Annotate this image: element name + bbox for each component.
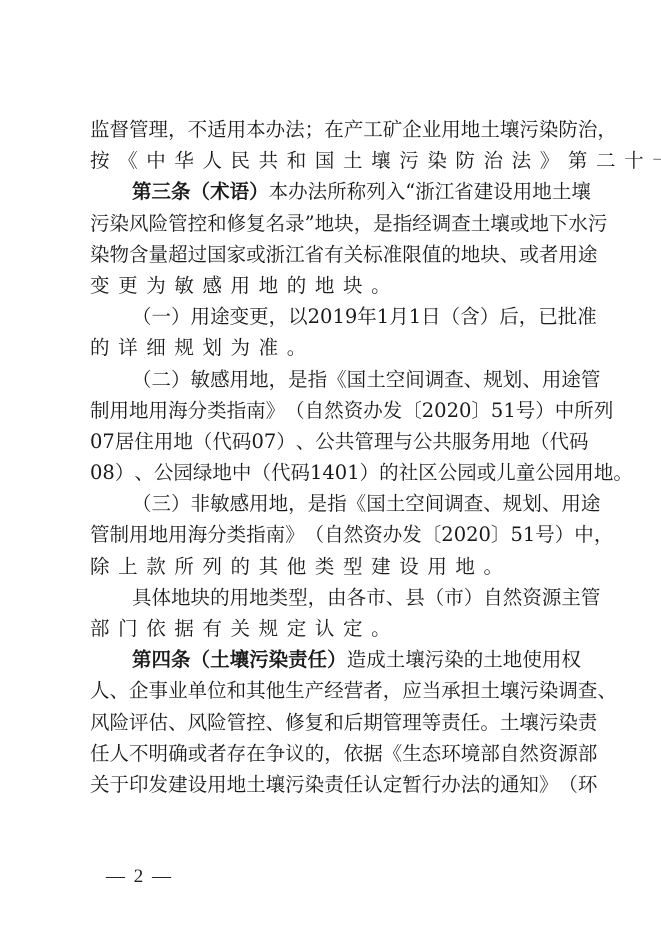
text-char: 》 (540, 145, 560, 176)
text-char: 除 (90, 551, 110, 582)
text-char: 染 (539, 675, 559, 706)
text-char: 地 (503, 644, 523, 675)
text-char: 列 (366, 176, 386, 207)
text-char: 、 (542, 488, 562, 519)
text-char: 据 (174, 613, 194, 644)
text-char: 住 (134, 426, 154, 457)
text-char: 染 (305, 769, 325, 800)
text-char: 担 (461, 675, 481, 706)
text-char: 地 (249, 582, 269, 613)
text-char: 、 (464, 364, 484, 395)
text-char: 地 (227, 769, 247, 800)
article-heading-char: 三 (152, 176, 172, 207)
text-char: ， (594, 519, 614, 550)
text-char: 含 (460, 301, 480, 332)
text-char: 土 (471, 208, 491, 239)
text-char: 土 (246, 769, 266, 800)
text-char: 土 (386, 488, 406, 519)
text-char: 源 (542, 582, 562, 613)
text-line: 风险评估、风险管控、修复和后期管理等责任。土壤污染责 (90, 707, 564, 738)
text-char: 公 (315, 426, 335, 457)
text-char: ； (305, 114, 325, 145)
text-char: 土 (366, 364, 386, 395)
text-char: 发 (402, 519, 422, 550)
text-char: 治 (578, 114, 598, 145)
text-char: 二 (596, 145, 616, 176)
text-char: 分 (207, 519, 227, 550)
text-char: 用 (230, 364, 250, 395)
text-char: 办 (383, 519, 403, 550)
text-char: 资 (363, 519, 383, 550)
text-char: 地 (249, 364, 269, 395)
text-char: 任 (461, 707, 481, 738)
text-char: 物 (110, 239, 130, 270)
article-heading-char: 责 (288, 644, 308, 675)
text-char: 块 (191, 582, 211, 613)
text-char: 为 (146, 270, 166, 301)
text-char: 工 (363, 114, 383, 145)
text-line: 监督管理，不适用本办法；在产工矿企业用地土壤污染防治， (90, 114, 564, 145)
text-char: 款 (146, 551, 166, 582)
document-page: 监督管理，不适用本办法；在产工矿企业用地土壤污染防治，按《中华人民共和国土壤污染… (0, 0, 661, 935)
text-char: 称 (347, 176, 367, 207)
text-char: 险 (110, 707, 130, 738)
text-char: 公 (413, 426, 433, 457)
text-char: （ (425, 582, 445, 613)
article-heading-char: 四 (152, 644, 172, 675)
text-char: 童 (516, 457, 536, 488)
article-heading-char: 语 (230, 176, 250, 207)
text-char: 壤 (500, 675, 520, 706)
text-char: 。 (371, 270, 391, 301)
text-char: 矿 (383, 114, 403, 145)
text-char: 十 (624, 145, 644, 176)
text-char: 调 (425, 364, 445, 395)
article-heading-char: 壤 (230, 644, 250, 675)
text-char: 管 (383, 707, 403, 738)
text-char: 》 (539, 769, 559, 800)
text-char: 污 (519, 675, 539, 706)
text-char: 管 (129, 114, 149, 145)
text-char: 》 (285, 519, 305, 550)
text-char: 制 (110, 519, 130, 550)
text-char: 等 (422, 707, 442, 738)
text-char: 地 (259, 270, 279, 301)
text-char: ， (168, 114, 188, 145)
text-char: 营 (344, 675, 364, 706)
text-char: 查 (444, 364, 464, 395)
text-char: 理 (402, 707, 422, 738)
text-char: 自 (324, 519, 344, 550)
text-char: 08 (90, 457, 115, 488)
text-line: 任人不明确或者存在争议的，依据《生态环境部自然资源部 (90, 738, 564, 769)
article-heading-char: 第 (132, 176, 152, 207)
text-char: 业 (168, 675, 188, 706)
text-char: 办 (266, 114, 286, 145)
text-char: 理 (374, 426, 394, 457)
text-char: 管 (581, 582, 601, 613)
text-char: 地 (315, 270, 335, 301)
text-char: 管 (581, 364, 601, 395)
text-char: 关 (90, 769, 110, 800)
text-char: 在 (324, 114, 344, 145)
text-char: ） (115, 457, 135, 488)
text-char: 或 (510, 208, 530, 239)
text-char: 依 (344, 738, 364, 769)
text-char: 用 (168, 519, 188, 550)
text-char: 承 (441, 675, 461, 706)
text-char: 本 (269, 176, 289, 207)
text-char: 非 (191, 488, 211, 519)
text-char: 风 (188, 707, 208, 738)
text-char: 土 (386, 644, 406, 675)
text-char: 以 (288, 301, 308, 332)
text-char: 修 (285, 707, 305, 738)
text-char: 指 (327, 488, 347, 519)
text-char: 用 (542, 644, 562, 675)
text-char: 位 (207, 675, 227, 706)
text-char: 用 (561, 488, 581, 519)
text-char: 列 (594, 395, 614, 426)
text-char: 。 (480, 707, 500, 738)
text-char: 用 (427, 551, 447, 582)
text-char: 染 (110, 208, 130, 239)
text-char: 2019 (308, 301, 358, 332)
text-char: 复 (246, 208, 266, 239)
text-char: 他 (266, 675, 286, 706)
text-char: 准 (577, 301, 597, 332)
text-char: 管 (227, 707, 247, 738)
text-char: 壤 (500, 114, 520, 145)
text-char: 规 (174, 332, 194, 363)
text-char: 印 (129, 769, 149, 800)
text-char: 中 (574, 519, 594, 550)
text-char: 业 (422, 114, 442, 145)
text-char: 地 (129, 395, 149, 426)
text-char: 修 (227, 208, 247, 239)
text-char: 用 (154, 426, 174, 457)
text-char: 污 (539, 707, 559, 738)
text-char: 生 (285, 675, 305, 706)
text-char: 江 (285, 239, 305, 270)
text-char: 敏 (210, 488, 230, 519)
text-char: 防 (455, 145, 475, 176)
text-char: 壤 (571, 176, 591, 207)
text-char: ， (597, 114, 617, 145)
text-char: 园 (457, 457, 477, 488)
text-char: 地 (173, 426, 193, 457)
text-char: 水 (568, 208, 588, 239)
text-char: 07 (90, 426, 115, 457)
text-char: 资 (539, 738, 559, 769)
text-char: ） (535, 395, 555, 426)
text-char: （ (285, 395, 305, 426)
text-char: 中 (232, 457, 252, 488)
text-char: 知 (519, 769, 539, 800)
text-char: 市 (366, 582, 386, 613)
text-char: 下 (549, 208, 569, 239)
text-char: 中 (555, 395, 575, 426)
text-char: 防 (558, 114, 578, 145)
text-char: 代 (271, 457, 291, 488)
text-char: 调 (432, 208, 452, 239)
text-char: 办 (441, 769, 461, 800)
text-char: 的 (210, 582, 230, 613)
text-char: 用 (542, 364, 562, 395)
text-char: 管 (354, 426, 374, 457)
text-char: （ (305, 519, 325, 550)
text-char: 、 (296, 426, 316, 457)
text-char: 暂 (402, 769, 422, 800)
text-char: 〔 (422, 519, 442, 550)
text-char: 估 (149, 707, 169, 738)
text-char: ， (383, 675, 403, 706)
text-char: 是 (373, 208, 393, 239)
text-char: 经 (324, 675, 344, 706)
text-char: 市 (444, 582, 464, 613)
text-char: 变 (90, 270, 110, 301)
text-char: 的 (305, 738, 325, 769)
text-char: 2020 (422, 395, 472, 426)
text-char: 。 (613, 457, 633, 488)
text-char: 用 (227, 114, 247, 145)
text-char: 按 (90, 145, 110, 176)
text-char: 南 (266, 519, 286, 550)
text-char: 间 (405, 364, 425, 395)
text-char: 造 (347, 644, 367, 675)
text-char: 其 (259, 551, 279, 582)
text-char: 办 (363, 395, 383, 426)
text-char: 规 (503, 488, 523, 519)
text-char: 上 (118, 551, 138, 582)
text-char: 查 (451, 208, 471, 239)
text-char: 地 (461, 239, 481, 270)
text-char: 〕 (491, 519, 511, 550)
text-char: 划 (522, 488, 542, 519)
text-char: 和 (227, 675, 247, 706)
text-char: 与 (393, 426, 413, 457)
text-char: 年 (357, 301, 377, 332)
text-char: 或 (188, 738, 208, 769)
text-char: 《 (118, 145, 138, 176)
text-char: 途 (210, 301, 230, 332)
text-line: 污染风险管控和修复名录”地块，是指经调查土壤或地下水污 (90, 208, 564, 239)
article-heading-char: ） (249, 176, 269, 207)
text-char: 51 (491, 395, 516, 426)
text-char: 海 (168, 395, 188, 426)
text-char: ， (269, 301, 289, 332)
text-char: 51 (510, 519, 535, 550)
text-line: （二）敏感用地，是指《国土空间调查、规划、用途管 (90, 364, 564, 395)
text-char: 认 (363, 769, 383, 800)
text-char: 通 (500, 769, 520, 800)
text-char: 型 (288, 582, 308, 613)
text-char: 理 (149, 114, 169, 145)
text-char: 明 (149, 738, 169, 769)
text-char: 社 (399, 457, 419, 488)
text-line: 08）、公园绿地中（代码1401）的社区公园或儿童公园用地。 (90, 457, 564, 488)
text-char: 、 (597, 675, 617, 706)
article-heading-char: （ (191, 644, 211, 675)
text-char: （ (132, 301, 152, 332)
text-char: 风 (90, 707, 110, 738)
text-char: 壤 (266, 769, 286, 800)
text-line: 关于印发建设用地土壤污染责任认定暂行办法的通知》（环 (90, 769, 564, 800)
text-char: 和 (207, 208, 227, 239)
text-char: 儿 (496, 457, 516, 488)
text-char: 调 (444, 488, 464, 519)
text-char: ） (360, 457, 380, 488)
text-char: 用 (441, 114, 461, 145)
text-char: 和 (287, 145, 307, 176)
text-char: 土 (480, 114, 500, 145)
text-char: 码 (232, 426, 252, 457)
article-heading-char: 术 (210, 176, 230, 207)
text-char: 和 (324, 707, 344, 738)
text-char: 用 (558, 239, 578, 270)
article-heading-char: 土 (210, 644, 230, 675)
text-char: 权 (561, 644, 581, 675)
text-char: 更 (118, 270, 138, 301)
text-char: 型 (343, 551, 363, 582)
text-char: 标 (363, 239, 383, 270)
text-char: 染 (558, 707, 578, 738)
text-char: 类 (269, 582, 289, 613)
text-char: 、 (266, 707, 286, 738)
text-char: 超 (168, 239, 188, 270)
text-char: 划 (503, 364, 523, 395)
text-char: 公 (154, 457, 174, 488)
text-char: 土 (552, 176, 572, 207)
text-char: 资 (522, 582, 542, 613)
text-char: 码 (290, 457, 310, 488)
text-char: 1 (377, 301, 389, 332)
text-char: 或 (246, 239, 266, 270)
text-char: 的 (231, 551, 251, 582)
text-char: 办 (288, 176, 308, 207)
text-char: 民 (231, 145, 251, 176)
text-char: 地 (212, 457, 232, 488)
text-char: 土 (500, 707, 520, 738)
text-char: 规 (259, 613, 279, 644)
text-char: 量 (149, 239, 169, 270)
text-char: 三 (152, 488, 172, 519)
text-char: 地 (532, 176, 552, 207)
text-char: ） (480, 301, 500, 332)
text-char: 险 (149, 208, 169, 239)
text-char: ） (555, 519, 575, 550)
text-char: 地 (269, 488, 289, 519)
text-char: 态 (422, 738, 442, 769)
text-char: 责 (324, 769, 344, 800)
text-char: 然 (519, 738, 539, 769)
text-char: 争 (266, 738, 286, 769)
text-char: 控 (188, 208, 208, 239)
text-char: 的 (464, 644, 484, 675)
text-char: 二 (152, 364, 172, 395)
text-char: 海 (188, 519, 208, 550)
text-char: 是 (308, 488, 328, 519)
text-char: 〕 (471, 395, 491, 426)
text-char: 复 (305, 707, 325, 738)
text-char: 管 (90, 519, 110, 550)
text-char: 国 (207, 239, 227, 270)
text-char: （ (132, 364, 152, 395)
text-char: 感 (230, 488, 250, 519)
text-char: 已 (538, 301, 558, 332)
text-char: ， (288, 488, 308, 519)
text-char: 事 (149, 675, 169, 706)
text-char: 区 (418, 457, 438, 488)
text-char: 产 (305, 675, 325, 706)
text-char: 南 (246, 395, 266, 426)
text-char: 期 (363, 707, 383, 738)
text-char: 的 (441, 239, 461, 270)
text-char: 批 (558, 301, 578, 332)
text-char: 》 (266, 395, 286, 426)
text-char: 自 (483, 582, 503, 613)
text-char: 准 (259, 332, 279, 363)
text-char: （ (251, 457, 271, 488)
article-heading-char: 染 (269, 644, 289, 675)
text-char: 部 (480, 738, 500, 769)
text-char: 门 (118, 613, 138, 644)
text-char: 月 (389, 301, 409, 332)
text-char: 污 (399, 145, 419, 176)
text-char: 或 (477, 457, 497, 488)
article-heading-char: 污 (249, 644, 269, 675)
text-char: 地 (461, 114, 481, 145)
text-char: 所 (174, 551, 194, 582)
text-char: 企 (129, 675, 149, 706)
text-line: 染物含量超过国家或浙江省有关标准限值的地块、或者用途 (90, 239, 564, 270)
article-heading-char: 任 (308, 644, 328, 675)
text-char: 2020 (441, 519, 491, 550)
text-char: 公 (535, 457, 555, 488)
text-char: 、 (110, 675, 130, 706)
text-char: 务 (471, 426, 491, 457)
text-line: 人、企事业单位和其他生产经营者，应当承担土壤污染调查、 (90, 675, 564, 706)
text-char: 者 (207, 738, 227, 769)
text-char: 企 (402, 114, 422, 145)
text-char: ， (519, 301, 539, 332)
text-char: 《 (347, 488, 367, 519)
text-char: 的 (379, 457, 399, 488)
article-heading-char: ） (327, 644, 347, 675)
text-char: 责 (578, 707, 598, 738)
text-char: 发 (383, 395, 403, 426)
text-char: 评 (129, 707, 149, 738)
text-char: 使 (522, 644, 542, 675)
text-char: 关 (344, 239, 364, 270)
text-char: 用 (231, 270, 251, 301)
text-char: 值 (422, 239, 442, 270)
text-char: 其 (246, 675, 266, 706)
text-char: 县 (405, 582, 425, 613)
text-char: 地 (455, 551, 475, 582)
text-char: 〔 (402, 395, 422, 426)
text-char: 用 (574, 457, 594, 488)
text-char: 定 (287, 613, 307, 644)
text-char: 用 (230, 582, 250, 613)
text-char: 所 (327, 176, 347, 207)
text-char: 关 (231, 613, 251, 644)
text-char: 地 (529, 208, 549, 239)
text-char: 所 (574, 395, 594, 426)
text-char: 地 (594, 457, 614, 488)
text-char: 染 (90, 239, 110, 270)
text-char: 代 (212, 426, 232, 457)
